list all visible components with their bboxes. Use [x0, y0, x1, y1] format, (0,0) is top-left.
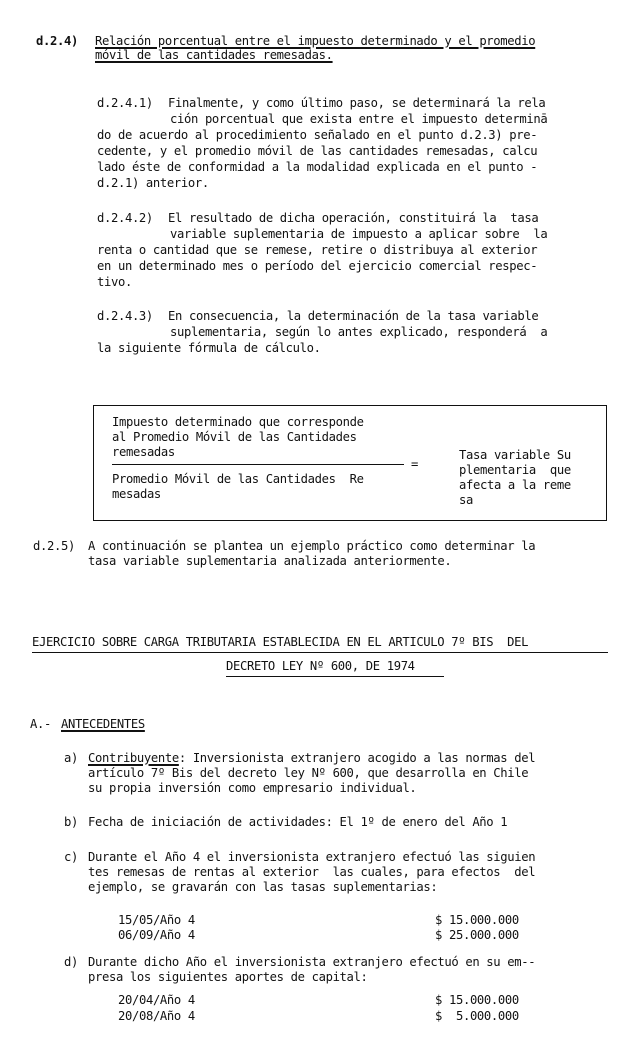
para-d241-line: ción porcentual que exista entre el impu… [170, 112, 547, 127]
item-c-line: tes remesas de rentas al exterior las cu… [88, 865, 535, 880]
capital-contribution-date: 20/04/Año 4 [118, 993, 195, 1008]
para-d243-line: suplementaria, según lo antes explicado,… [170, 325, 547, 340]
formula-result-line: afecta a la reme [459, 478, 571, 493]
item-a-line1: Contribuyente: Inversionista extranjero … [88, 751, 535, 766]
item-d-line: presa los siguientes aportes de capital: [88, 970, 368, 985]
formula-denominator-line: Promedio Móvil de las Cantidades Re [112, 472, 364, 487]
para-d241-line: Finalmente, y como último paso, se deter… [168, 96, 545, 111]
remittance-amount: $ 15.000.000 [435, 913, 519, 928]
formula-denominator-line: mesadas [112, 487, 161, 502]
section-label-d24: d.2.4) [36, 34, 78, 49]
section-title-d24-line1: Relación porcentual entre el impuesto de… [95, 34, 535, 49]
section-title-d24-line2: móvil de las cantidades remesadas. [95, 48, 333, 63]
item-a-line1-rest: : Inversionista extranjero acogido a las… [179, 751, 535, 765]
exercise-title-line1: EJERCICIO SOBRE CARGA TRIBUTARIA ESTABLE… [32, 635, 528, 650]
exercise-title-underline [32, 652, 608, 653]
exercise-title-underline [226, 676, 444, 677]
para-d242-line: variable suplementaria de impuesto a apl… [170, 227, 547, 242]
capital-contribution-date: 20/08/Año 4 [118, 1009, 195, 1024]
fraction-bar [112, 464, 404, 465]
para-d242-line: tivo. [97, 275, 132, 290]
formula-numerator-line: Impuesto determinado que corresponde [112, 415, 364, 430]
capital-contribution-amount: $ 5.000.000 [435, 1009, 519, 1024]
item-c-line: Durante el Año 4 el inversionista extran… [88, 850, 535, 865]
item-marker-a: a) [64, 751, 78, 766]
formula-result-line: Tasa variable Su [459, 448, 571, 463]
para-d243-line: En consecuencia, la determinación de la … [168, 309, 538, 324]
item-a-line3: su propia inversión como empresario indi… [88, 781, 416, 796]
para-label-d242: d.2.4.2) [97, 211, 153, 226]
para-d241-line: cedente, y el promedio móvil de las cant… [97, 144, 537, 159]
item-marker-c: c) [64, 850, 78, 865]
item-d-line: Durante dicho Año el inversionista extra… [88, 955, 535, 970]
para-d241-line: do de acuerdo al procedimiento señalado … [97, 128, 537, 143]
formula-result-line: sa [459, 493, 473, 508]
item-a-line2: artículo 7º Bis del decreto ley Nº 600, … [88, 766, 528, 781]
formula-numerator-line: al Promedio Móvil de las Cantidades [112, 430, 357, 445]
para-d242-line: en un determinado mes o período del ejer… [97, 259, 537, 274]
item-marker-d: d) [64, 955, 78, 970]
capital-contribution-amount: $ 15.000.000 [435, 993, 519, 1008]
formula-result-line: plementaria que [459, 463, 571, 478]
remittance-date: 15/05/Año 4 [118, 913, 195, 928]
para-d242-line: renta o cantidad que se remese, retire o… [97, 243, 537, 258]
para-label-d243: d.2.4.3) [97, 309, 153, 324]
para-d242-line: El resultado de dicha operación, constit… [168, 211, 538, 226]
remittance-date: 06/09/Año 4 [118, 928, 195, 943]
para-label-d241: d.2.4.1) [97, 96, 153, 111]
antecedentes-label: A.- [30, 717, 51, 732]
section-d25-line: A continuación se plantea un ejemplo prá… [88, 539, 535, 554]
para-d241-line: d.2.1) anterior. [97, 176, 209, 191]
para-d243-line: la siguiente fórmula de cálculo. [97, 341, 321, 356]
section-d25-line: tasa variable suplementaria analizada an… [88, 554, 451, 569]
item-c-line: ejemplo, se gravarán con las tasas suple… [88, 880, 437, 895]
item-b-text: Fecha de iniciación de actividades: El 1… [88, 815, 507, 830]
para-d241-line: lado éste de conformidad a la modalidad … [97, 160, 537, 175]
formula-equals-sign: = [411, 457, 418, 472]
formula-numerator-line: remesadas [112, 445, 175, 460]
item-a-keyword: Contribuyente [88, 751, 179, 765]
antecedentes-title: ANTECEDENTES [61, 717, 145, 732]
exercise-title-line2: DECRETO LEY Nº 600, DE 1974 [226, 659, 415, 674]
remittance-amount: $ 25.000.000 [435, 928, 519, 943]
section-label-d25: d.2.5) [33, 539, 75, 554]
item-marker-b: b) [64, 815, 78, 830]
